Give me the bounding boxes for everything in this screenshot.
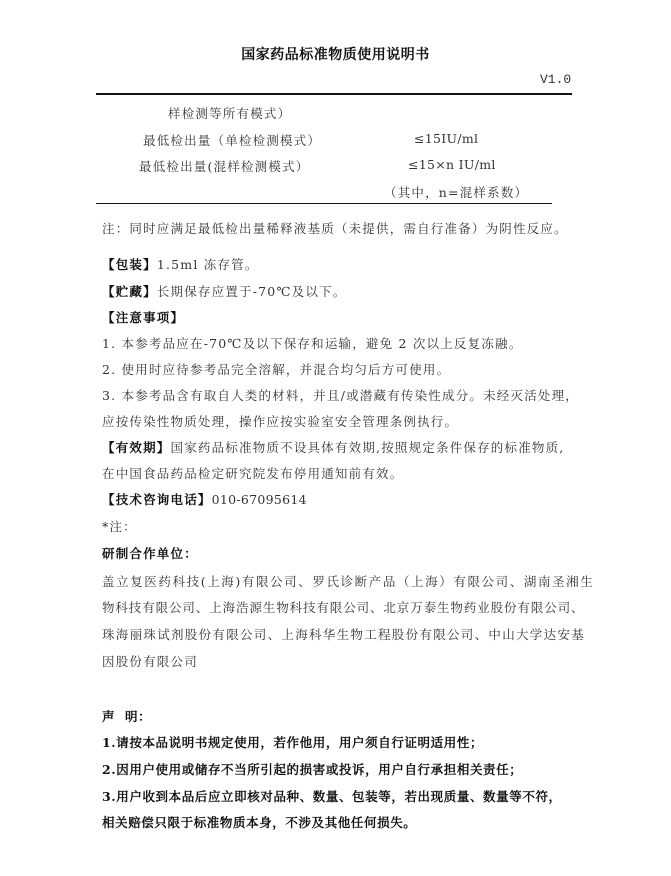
precaution-item: 1. 本参考品应在-70℃及以下保存和运输，避免 2 次以上反复冻融。 bbox=[102, 334, 522, 352]
table-row-value: ≤15×n IU/ml bbox=[408, 157, 496, 172]
hotline-section: 【技术咨询电话】010-67095614 bbox=[102, 490, 307, 508]
packaging-label: 【包装】 bbox=[102, 257, 157, 272]
version-label: V1.0 bbox=[540, 72, 571, 87]
partners-line: 因股份有限公司 bbox=[102, 652, 198, 670]
partners-line: 盖立复医药科技(上海)有限公司、罗氏诊断产品（上海）有限公司、湖南圣湘生 bbox=[102, 572, 594, 590]
validity-text: 国家药品标准物质不设具体有效期,按照规定条件保存的标准物质, bbox=[171, 440, 565, 455]
storage-section: 【贮藏】长期保存应置于-70℃及以下。 bbox=[102, 282, 346, 300]
statement-item: 1.请按本品说明书规定使用，若作他用，用户须自行证明适用性； bbox=[102, 733, 483, 751]
statement-item-continued: 相关赔偿只限于标准物质本身，不涉及其他任何损失。 bbox=[102, 813, 416, 831]
document-title: 国家药品标准物质使用说明书 bbox=[0, 44, 671, 64]
precaution-item: 2. 使用时应待参考品完全溶解，并混合均匀后方可使用。 bbox=[102, 360, 450, 378]
packaging-section: 【包装】1.5ml 冻存管。 bbox=[102, 255, 259, 273]
validity-text-continued: 在中国食品药品检定研究院发布停用通知前有效。 bbox=[102, 464, 403, 482]
table-bottom-border bbox=[96, 203, 552, 204]
hotline-label: 【技术咨询电话】 bbox=[102, 492, 212, 507]
storage-label: 【贮藏】 bbox=[102, 284, 157, 299]
storage-text: 长期保存应置于-70℃及以下。 bbox=[157, 284, 347, 299]
validity-section: 【有效期】国家药品标准物质不设具体有效期,按照规定条件保存的标准物质, bbox=[102, 438, 564, 456]
table-row-value: ≤15IU/ml bbox=[414, 131, 478, 146]
statement-item: 3.用户收到本品后应立即核对品种、数量、包装等，若出现质量、数量等不符， bbox=[102, 787, 562, 805]
statement-label: 声 明： bbox=[102, 707, 151, 725]
table-row-label: 最低检出量(混样检测模式） bbox=[139, 157, 309, 175]
table-continued-label: 样检测等所有模式） bbox=[168, 104, 291, 122]
header-divider bbox=[96, 93, 572, 95]
table-footnote: （其中，n=混样系数） bbox=[384, 183, 528, 201]
hotline-phone: 010-67095614 bbox=[212, 492, 307, 507]
partners-line: 物科技有限公司、上海浩源生物科技有限公司、北京万泰生物药业股份有限公司、 bbox=[102, 598, 584, 616]
precautions-label: 【注意事项】 bbox=[102, 308, 184, 326]
precaution-item-continued: 应按传染性物质处理，操作应按实验室安全管理条例执行。 bbox=[102, 412, 458, 430]
asterisk-note: *注： bbox=[102, 517, 137, 535]
detection-note: 注：同时应满足最低检出量稀释液基质（未提供，需自行准备）为阴性反应。 bbox=[102, 219, 568, 237]
partners-label: 研制合作单位： bbox=[102, 544, 198, 562]
packaging-text: 1.5ml 冻存管。 bbox=[157, 257, 259, 272]
statement-item: 2.因用户使用或储存不当所引起的损害或投诉，用户自行承担相关责任； bbox=[102, 760, 522, 778]
precaution-item: 3. 本参考品含有取自人类的材料，并且/或潜藏有传染性成分。未经灭活处理， bbox=[102, 386, 579, 404]
partners-line: 珠海丽珠试剂股份有限公司、上海科华生物工程股份有限公司、中山大学达安基 bbox=[102, 625, 585, 643]
validity-label: 【有效期】 bbox=[102, 440, 171, 455]
table-row-label: 最低检出量（单检检测模式） bbox=[143, 131, 321, 149]
